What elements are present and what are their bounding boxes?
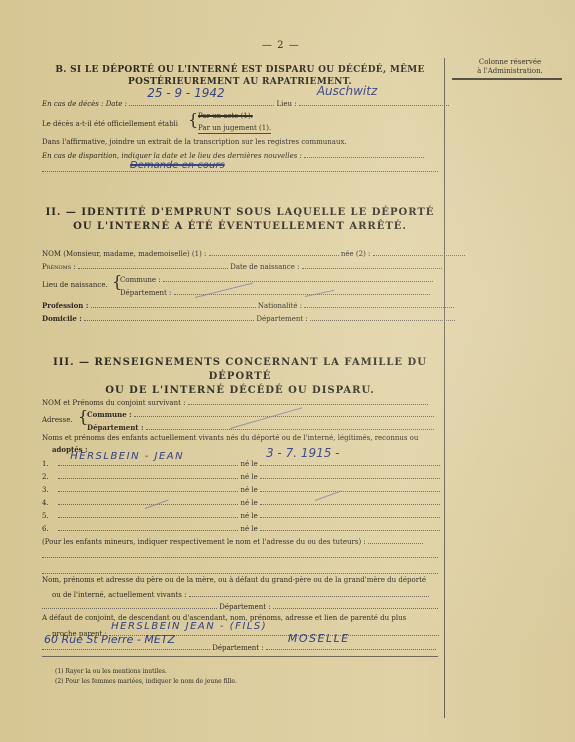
alias-name-row: NOM (Monsieur, madame, mademoiselle) (1)… <box>42 248 465 259</box>
spouse-departement-row: Département : <box>87 422 434 433</box>
child-born-field[interactable] <box>260 484 440 492</box>
alias-departement-field[interactable] <box>174 287 430 295</box>
disappearance-value: Demande en cours <box>130 160 225 171</box>
alias-prenoms-field[interactable] <box>78 261 228 269</box>
admin-column-line2: à l'Administration. <box>448 67 572 76</box>
alias-profession-row: Profession : Nationalité : <box>42 300 454 311</box>
death-place-field[interactable]: Auschwitz <box>299 98 449 106</box>
child-row: 6. né le <box>42 523 440 534</box>
alias-departement-label: Département : <box>120 289 171 297</box>
child-born-field[interactable] <box>260 523 440 531</box>
child-born-field[interactable] <box>260 497 440 505</box>
parents-field[interactable] <box>189 589 429 597</box>
spouse-departement-label: Département : <box>87 423 144 432</box>
kin-value: HERSLBEIN JEAN - (FILS) <box>111 622 267 631</box>
child-born-label: né le <box>240 499 257 507</box>
admin-column-divider <box>444 58 445 718</box>
minors-field-3[interactable] <box>42 572 438 574</box>
section-3-title-line2: OU DE L'INTERNÉ DÉCÉDÉ OU DISPARU. <box>40 384 440 398</box>
disappearance-field-2[interactable] <box>42 170 438 172</box>
alias-domicile-field[interactable] <box>84 313 254 321</box>
kin-dept-label: Département : <box>212 644 263 652</box>
kin-address-value: 60 Rue St Pierre - METZ <box>44 635 175 644</box>
death-place-value: Auschwitz <box>317 87 377 96</box>
parents-dept-label: Département : <box>219 603 270 611</box>
death-date-label: En cas de décès : Date : <box>42 100 127 108</box>
section-2-title-line1: II. — IDENTITÉ D'EMPRUNT SOUS LAQUELLE L… <box>40 206 440 220</box>
spouse-commune-row: Commune : <box>87 409 434 420</box>
alias-birthdate-label: Date de naissance : <box>230 263 299 271</box>
spouse-row: NOM et Prénoms du conjoint survivant : <box>42 397 428 408</box>
footnote-1: (1) Rayer la ou les mentions inutiles. <box>55 667 167 676</box>
child-number: 2. <box>42 473 56 482</box>
brace: { <box>188 113 198 127</box>
minors-note: (Pour les enfants mineurs, indiquer resp… <box>42 538 366 546</box>
kin-label-1: A défaut de conjoint, de descendant ou d… <box>42 614 406 623</box>
child-born-field[interactable] <box>260 471 440 479</box>
child-number: 1. <box>42 460 56 469</box>
section-2-title-line2: OU L'INTERNÉ A ÉTÉ ÉVENTUELLEMENT ARRÊTÉ… <box>40 220 440 234</box>
kin-address-field[interactable]: 60 Rue St Pierre - METZ <box>42 642 210 650</box>
section-end-rule <box>42 656 438 657</box>
spouse-label: NOM et Prénoms du conjoint survivant : <box>42 399 186 407</box>
brace: { <box>112 275 122 289</box>
disappearance-row: En cas de disparition, indiquer la date … <box>42 150 424 161</box>
pencil-mark <box>230 407 302 429</box>
alias-birthplace-label: Lieu de naissance. <box>42 281 108 290</box>
child-name-field[interactable] <box>58 523 238 531</box>
alias-domicile-dept-field[interactable] <box>310 313 455 321</box>
death-date-field[interactable]: 25 - 9 - 1942 <box>129 98 274 106</box>
parents-label-1: Nom, prénoms et adresse du père ou de la… <box>42 576 426 585</box>
brace: { <box>78 410 88 424</box>
pencil-mark <box>145 499 169 508</box>
alias-commune-label: Commune : <box>120 276 161 284</box>
alias-nee-field[interactable] <box>373 248 465 256</box>
alias-nee-label: née (2) : <box>341 250 371 258</box>
alias-domicile-dept-label: Département : <box>256 315 307 323</box>
section-b-title-line1: B. SI LE DÉPORTÉ OU L'INTERNÉ EST DISPAR… <box>40 64 440 76</box>
kin-label-2: proche parent : <box>52 630 107 638</box>
kin-field[interactable]: HERSLBEIN JEAN - (FILS) <box>109 628 439 636</box>
alias-name-label: NOM (Monsieur, madame, mademoiselle) (1)… <box>42 250 206 258</box>
alias-prenoms-row: Prénoms : Date de naissance : <box>42 261 442 272</box>
disappearance-field-1[interactable] <box>304 150 424 158</box>
alias-profession-label: Profession : <box>42 301 88 310</box>
official-label: Le décès a-t-il été officiellement établ… <box>42 120 178 129</box>
child-born-label: né le <box>240 486 257 494</box>
section-b-title-line2: POSTÉRIEUREMENT AU RAPATRIEMENT. <box>40 76 440 88</box>
admin-column-header: Colonne réservée à l'Administration. <box>448 58 572 76</box>
child-number: 3. <box>42 486 56 495</box>
child-row: 1. HERSLBEIN - JEAN né le 3 - 7. 1915 - <box>42 458 440 469</box>
form-page: — 2 — Colonne réservée à l'Administratio… <box>0 0 575 742</box>
alias-name-field[interactable] <box>209 248 339 256</box>
child-name-field[interactable] <box>58 510 238 518</box>
section-b-title: B. SI LE DÉPORTÉ OU L'INTERNÉ EST DISPAR… <box>40 64 440 88</box>
child-born-field[interactable] <box>260 510 440 518</box>
death-place-label: Lieu : <box>276 100 296 108</box>
child-number: 4. <box>42 499 56 508</box>
page-number: — 2 — <box>262 40 300 51</box>
child-row: 5. né le <box>42 510 440 521</box>
minors-row: (Pour les enfants mineurs, indiquer resp… <box>42 536 423 547</box>
section-3-title: III. — RENSEIGNEMENTS CONCERNANT LA FAMI… <box>40 356 440 398</box>
pencil-mark <box>305 290 335 297</box>
child-born-label: né le <box>240 473 257 481</box>
child-number: 6. <box>42 525 56 534</box>
alias-nationalite-label: Nationalité : <box>258 302 302 310</box>
kin-dept-field[interactable]: MOSELLE <box>266 642 436 650</box>
kin-row: proche parent : HERSLBEIN JEAN - (FILS) <box>52 628 439 639</box>
alias-profession-field[interactable] <box>91 300 256 308</box>
parents-label-2: ou de l'interné, actuellement vivants : <box>52 591 186 599</box>
child-name-field[interactable] <box>58 497 238 505</box>
alias-commune-field[interactable] <box>163 274 433 282</box>
alias-departement-row: Département : <box>120 287 430 298</box>
parents-address-field[interactable] <box>42 601 217 609</box>
alias-nationalite-field[interactable] <box>304 300 454 308</box>
child-born-value: 3 - 7. 1915 - <box>266 449 340 458</box>
minors-field-1[interactable] <box>368 536 423 544</box>
parents-row: ou de l'interné, actuellement vivants : <box>52 589 429 600</box>
child-born-label: né le <box>240 512 257 520</box>
kin-address-row: 60 Rue St Pierre - METZ Département : MO… <box>42 642 436 653</box>
spouse-commune-label: Commune : <box>87 410 132 419</box>
spouse-departement-field[interactable] <box>146 422 434 430</box>
child-name-value: HERSLBEIN - JEAN <box>70 452 184 461</box>
child-name-field[interactable] <box>58 471 238 479</box>
option-by-judgment[interactable]: Par un jugement (1). <box>198 124 271 134</box>
child-name-field[interactable]: HERSLBEIN - JEAN <box>58 458 238 466</box>
admin-column-line1: Colonne réservée <box>448 58 572 67</box>
pencil-mark <box>195 282 253 297</box>
alias-prenoms-label: Prénoms : <box>42 263 76 271</box>
child-name-field[interactable] <box>58 484 238 492</box>
parents-dept-field[interactable] <box>273 601 438 609</box>
option-by-act[interactable]: Par un acte (1). <box>198 112 253 121</box>
pencil-mark <box>315 490 342 501</box>
alias-domicile-label: Domicile : <box>42 314 82 323</box>
affirmative-note: Dans l'affirmative, joindre un extrait d… <box>42 138 347 147</box>
kin-dept-value: MOSELLE <box>288 634 350 643</box>
section-3-title-line1: III. — RENSEIGNEMENTS CONCERNANT LA FAMI… <box>40 356 440 384</box>
child-row: 2. né le <box>42 471 440 482</box>
child-number: 5. <box>42 512 56 521</box>
children-intro-2: adoptés : <box>52 445 88 454</box>
children-intro: Noms et prénoms des enfants actuellement… <box>42 434 418 443</box>
section-2-title: II. — IDENTITÉ D'EMPRUNT SOUS LAQUELLE L… <box>40 206 440 234</box>
alias-domicile-row: Domicile : Département : <box>42 313 455 324</box>
child-row: 4. né le <box>42 497 440 508</box>
child-born-field[interactable]: 3 - 7. 1915 - <box>260 458 440 466</box>
spouse-field[interactable] <box>188 397 428 405</box>
alias-commune-row: Commune : <box>120 274 433 285</box>
child-born-label: né le <box>240 460 257 468</box>
minors-field-2[interactable] <box>42 556 438 558</box>
spouse-commune-field[interactable] <box>134 409 434 417</box>
parents-dept-row: Département : <box>42 601 438 612</box>
death-date-value: 25 - 9 - 1942 <box>147 89 224 98</box>
spouse-address-label: Adresse. <box>42 416 73 425</box>
child-born-label: né le <box>240 525 257 533</box>
alias-birthdate-field[interactable] <box>302 261 442 269</box>
death-date-row: En cas de décès : Date : 25 - 9 - 1942 L… <box>42 98 449 109</box>
child-row: 3. né le <box>42 484 440 495</box>
admin-column-rule <box>452 78 562 80</box>
footnote-2: (2) Pour les femmes mariées, indiquer le… <box>55 677 237 686</box>
disappearance-label: En cas de disparition, indiquer la date … <box>42 152 302 160</box>
